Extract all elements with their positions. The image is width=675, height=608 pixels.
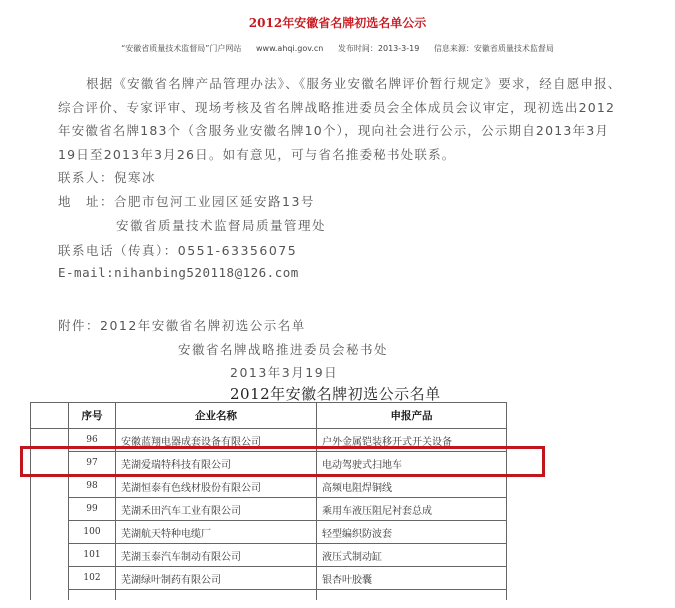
meta-source: 信息来源：安徽省质量技术监督局 bbox=[434, 44, 554, 53]
row-blank bbox=[31, 498, 69, 521]
row-company: 芜湖恒泰有色线材股份有限公司 bbox=[116, 475, 317, 498]
article-body: 根据《安徽省名牌产品管理办法》、《服务业安徽名牌评价暂行规定》要求，经自愿申报、… bbox=[58, 72, 623, 166]
contact-phone: 联系电话（传真）：0551-63356075 bbox=[58, 241, 297, 259]
table-row: 98 芜湖恒泰有色线材股份有限公司 高频电阻焊铜线 bbox=[31, 475, 507, 498]
table-header-row: 序号 企业名称 申报产品 bbox=[31, 403, 507, 429]
meta-site: “安徽省质量技术监督局”门户网站 bbox=[121, 44, 241, 53]
attachment-note: 附件：2012年安徽省名牌初选公示名单 bbox=[58, 316, 306, 334]
signature: 安徽省名牌战略推进委员会秘书处 bbox=[178, 340, 388, 358]
row-product: 乘用车液压阻尼衬套总成 bbox=[317, 498, 507, 521]
row-company: 芜湖禾田汽车工业有限公司 bbox=[116, 498, 317, 521]
list-title: 2012年安徽名牌初选公示名单 bbox=[230, 383, 441, 404]
highlight-box bbox=[20, 446, 545, 477]
header-blank bbox=[31, 403, 69, 429]
row-number: 102 bbox=[69, 567, 116, 590]
row-company: 芜湖玉泰汽车制动有限公司 bbox=[116, 544, 317, 567]
contact-address-line2: 安徽省质量技术监督局质量管理处 bbox=[116, 216, 326, 234]
signature-date: 2013年3月19日 bbox=[230, 363, 338, 381]
article-title: 2012年安徽省名牌初选名单公示 bbox=[0, 14, 675, 31]
row-number: 99 bbox=[69, 498, 116, 521]
row-blank bbox=[31, 475, 69, 498]
header-product: 申报产品 bbox=[317, 403, 507, 429]
row-product: 高频电阻焊铜线 bbox=[317, 475, 507, 498]
header-company: 企业名称 bbox=[116, 403, 317, 429]
row-number: 98 bbox=[69, 475, 116, 498]
address-line1: 合肥市包河工业园区延安路13号 bbox=[114, 194, 315, 209]
contact-email[interactable]: E-mail:nihanbing520118@126.com bbox=[58, 265, 299, 280]
row-blank bbox=[31, 544, 69, 567]
table-row: 102 芜湖绿叶制药有限公司 银杏叶胶囊 bbox=[31, 567, 507, 590]
row-product: 银杏叶胶囊 bbox=[317, 567, 507, 590]
contact-address: 地 址：合肥市包河工业园区延安路13号 bbox=[58, 192, 315, 210]
row-number: 100 bbox=[69, 521, 116, 544]
row-company: 芜湖绿叶制药有限公司 bbox=[116, 567, 317, 590]
meta-url: www.ahqi.gov.cn bbox=[256, 44, 323, 53]
row-number: 101 bbox=[69, 544, 116, 567]
row-blank bbox=[31, 521, 69, 544]
article-meta: “安徽省质量技术监督局”门户网站 www.ahqi.gov.cn 发布时间：20… bbox=[0, 43, 675, 54]
table-row: 99 芜湖禾田汽车工业有限公司 乘用车液压阻尼衬套总成 bbox=[31, 498, 507, 521]
row-blank bbox=[31, 567, 69, 590]
row-product: 液压式制动缸 bbox=[317, 544, 507, 567]
table-row-cutoff bbox=[31, 590, 507, 601]
row-company: 芜湖航天特种电缆厂 bbox=[116, 521, 317, 544]
contact-person: 联系人：倪寒冰 bbox=[58, 168, 156, 186]
candidate-table: 序号 企业名称 申报产品 96 安徽蓝翔电器成套设备有限公司 户外金属铠装移开式… bbox=[30, 402, 507, 600]
meta-publish-time: 发布时间：2013-3-19 bbox=[338, 44, 419, 53]
address-label: 地 址： bbox=[58, 194, 114, 209]
header-number: 序号 bbox=[69, 403, 116, 429]
table-row: 100 芜湖航天特种电缆厂 轻型编织防波套 bbox=[31, 521, 507, 544]
row-product: 轻型编织防波套 bbox=[317, 521, 507, 544]
table-row: 101 芜湖玉泰汽车制动有限公司 液压式制动缸 bbox=[31, 544, 507, 567]
